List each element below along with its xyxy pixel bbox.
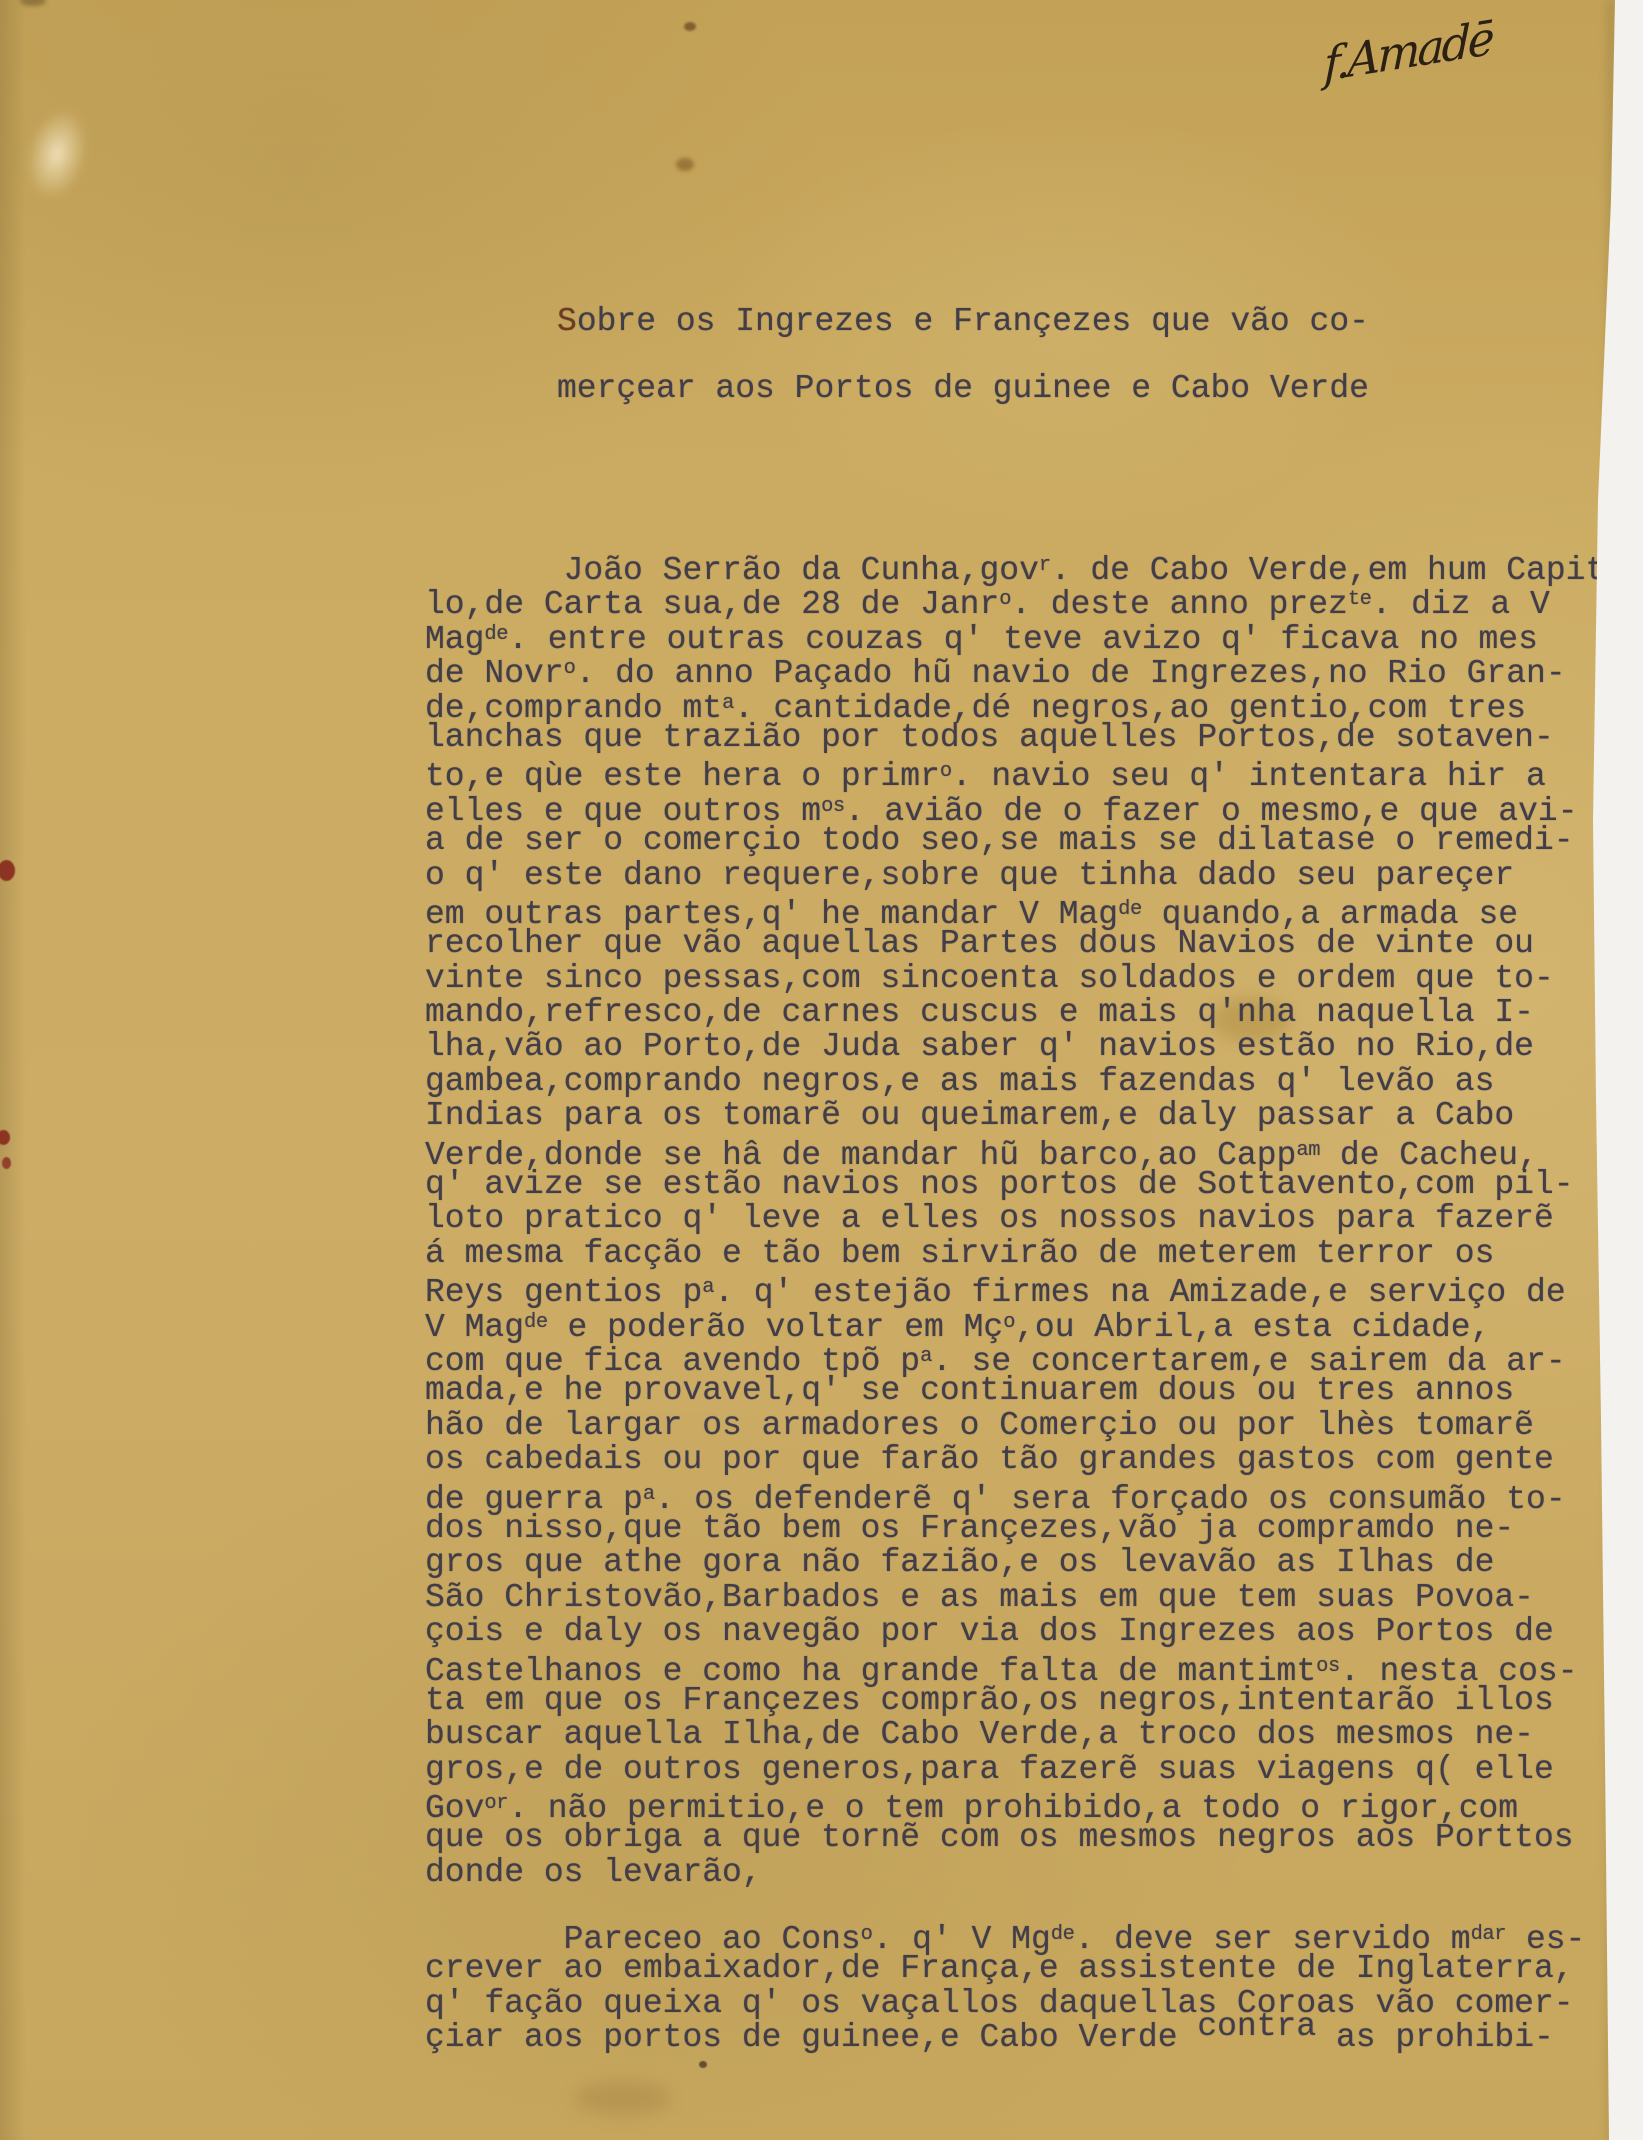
document-line: á mesma facção e tão bem sirvirão de met… — [425, 1237, 1643, 1271]
document-line: gambea,comprando negros,e as mais fazend… — [425, 1065, 1643, 1099]
document-line: gros,e de outros generos,para fazerẽ sua… — [425, 1753, 1643, 1787]
document-paragraph: João Serrão da Cunha,govr. de Cabo Verde… — [425, 549, 1643, 1890]
document-line: Sobre os Ingrezes e Françezes que vão co… — [557, 288, 1369, 355]
document-line: o q' este dano requere,sobre que tinha d… — [425, 859, 1643, 893]
document-line: q' fação queixa q' os vaçallos daquellas… — [425, 1987, 1585, 2021]
document-line: crever ao embaixador,de França,e assiste… — [425, 1952, 1585, 1986]
document-line: lanchas que trazião por todos aquelles P… — [425, 721, 1643, 755]
document-line: hão de largar os armadores o Comerçio ou… — [425, 1409, 1643, 1443]
paper-smudge — [575, 2082, 670, 2114]
document-line: João Serrão da Cunha,govr. de Cabo Verde… — [425, 549, 1643, 583]
document-line: Verde,donde se hâ de mandar hũ barco,ao … — [425, 1134, 1643, 1168]
red-wax-speck — [0, 1130, 10, 1145]
document-line: to,e qùe este hera o primro. navio seu q… — [425, 755, 1643, 789]
document-line: os cabedais ou por que farão tão grandes… — [425, 1443, 1643, 1477]
document-line: Pareceo ao Conso. q' V Mgde. deve ser se… — [425, 1918, 1585, 1952]
document-line: ta em que os Françezes comprão,os negros… — [425, 1684, 1643, 1718]
paper-sheet: f.Amadē Sobre os Ingrezes e Françezes qu… — [0, 0, 1643, 2140]
document-line: Castelhanos e como ha grande falta de ma… — [425, 1650, 1643, 1684]
red-wax-speck — [0, 860, 15, 881]
document-line: dos nisso,que tão bem os Françezes,vão j… — [425, 1512, 1643, 1546]
document-line: lha,vão ao Porto,de Juda saber q' navios… — [425, 1030, 1643, 1064]
red-wax-speck — [2, 1157, 11, 1169]
ink-dot — [699, 2061, 707, 2068]
document-line: çiar aos portos de guinee,e Cabo Verde c… — [425, 2021, 1585, 2055]
paper-edge-notch — [20, 0, 46, 6]
document-title: Sobre os Ingrezes e Françezes que vão co… — [557, 288, 1369, 422]
document-line: em outras partes,q' he mandar V Magde qu… — [425, 893, 1643, 927]
document-line: buscar aquella Ilha,de Cabo Verde,a troc… — [425, 1718, 1643, 1752]
handwritten-annotation: f.Amadē — [1323, 0, 1620, 92]
document-line: donde os levarão, — [425, 1856, 1643, 1890]
document-line: que os obriga a que tornẽ com os mesmos … — [425, 1821, 1643, 1855]
document-line: de Novro. do anno Paçado hũ navio de Ing… — [425, 652, 1643, 686]
paper-light-blotch — [18, 102, 97, 205]
document-line: lo,de Carta sua,de 28 de Janro. deste an… — [425, 583, 1643, 617]
document-line: merçear aos Portos de guinee e Cabo Verd… — [557, 355, 1369, 422]
document-line: gros que athe gora não fazião,e os levav… — [425, 1546, 1643, 1580]
document-line: São Christovão,Barbados e as mais em que… — [425, 1581, 1643, 1615]
document-line: çois e daly os navegão por via dos Ingre… — [425, 1615, 1643, 1649]
document-line: Magde. entre outras couzas q' teve avizo… — [425, 618, 1643, 652]
document-line: mando,refresco,de carnes cuscus e mais q… — [425, 996, 1643, 1030]
document-line: elles e que outros mos. avião de o fazer… — [425, 790, 1643, 824]
document-line: q' avize se estão navios nos portos de S… — [425, 1168, 1643, 1202]
ink-stain — [676, 158, 694, 171]
document-line: a de ser o comerçio todo seo,se mais se … — [425, 824, 1643, 858]
document-line: Reys gentios pa. q' estejão firmes na Am… — [425, 1271, 1643, 1305]
document-line: recolher que vão aquellas Partes dous Na… — [425, 927, 1643, 961]
document-line: Indias para os tomarẽ ou queimarem,e dal… — [425, 1099, 1643, 1133]
document-line: com que fica avendo tpõ pa. se concertar… — [425, 1340, 1643, 1374]
document-line: vinte sinco pessas,com sincoenta soldado… — [425, 962, 1643, 996]
document-line: mada,e he provavel,q' se continuarem dou… — [425, 1374, 1643, 1408]
document-line: de guerra pa. os defenderẽ q' sera força… — [425, 1478, 1643, 1512]
document-line: loto pratico q' leve a elles os nossos n… — [425, 1202, 1643, 1236]
document-line: V Magde e poderão voltar em Mço,ou Abril… — [425, 1306, 1643, 1340]
document-line: de,comprando mta. cantidade,dé negros,ao… — [425, 687, 1643, 721]
document-line: Govor. não permitio,e o tem prohibido,a … — [425, 1787, 1643, 1821]
document-paragraph: Pareceo ao Conso. q' V Mgde. deve ser se… — [425, 1918, 1585, 2056]
ink-stain — [684, 22, 696, 31]
